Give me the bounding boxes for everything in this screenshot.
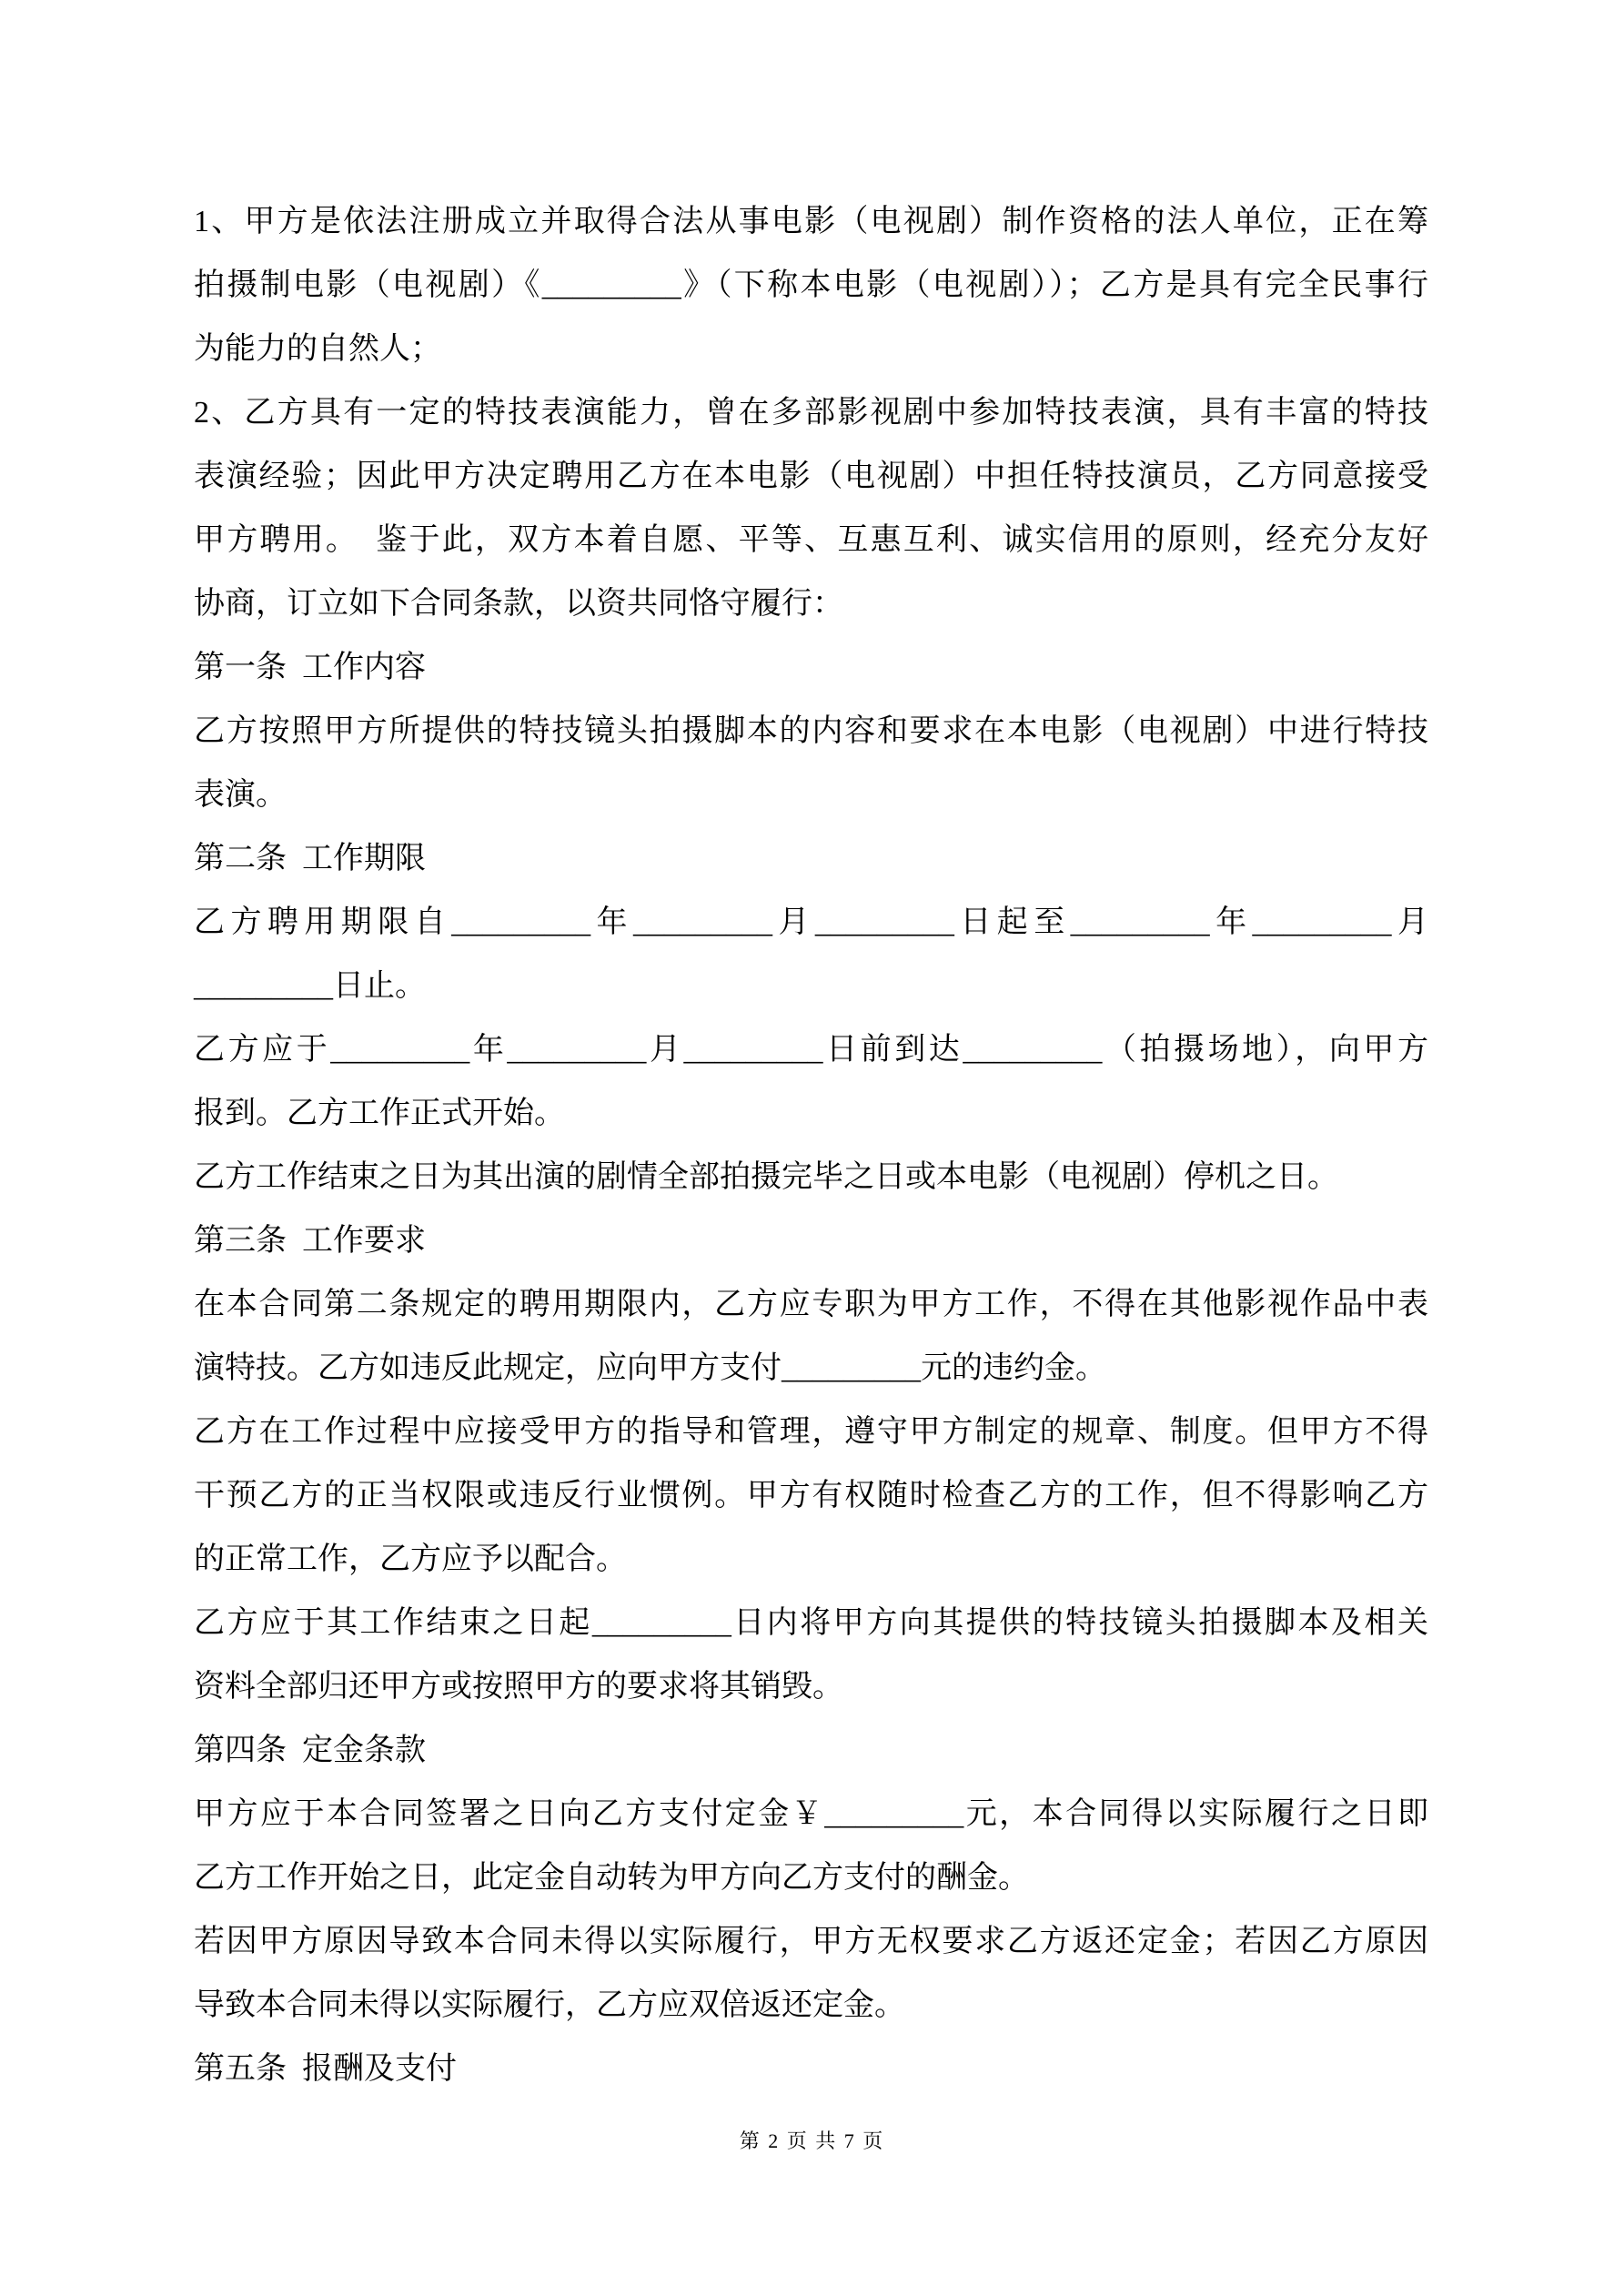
section-heading: 第三条 工作要求 [194,1209,1428,1273]
section-heading: 第一条 工作内容 [194,636,1428,700]
text-line: 为能力的自然人； [194,318,1428,381]
text-line: 在本合同第二条规定的聘用期限内，乙方应专职为甲方工作，不得在其他影视作品中表 [194,1273,1428,1337]
text-line: 甲方应于本合同签署之日向乙方支付定金￥_________元，本合同得以实际履行之… [194,1783,1428,1846]
text-line: 2、乙方具有一定的特技表演能力，曾在多部影视剧中参加特技表演，具有丰富的特技 [194,381,1428,445]
contract-page: 1、甲方是依法注册成立并取得合法从事电影（电视剧）制作资格的法人单位，正在筹拍摄… [0,0,1624,2296]
text-line: 乙方聘用期限自_________年_________月_________日起至_… [194,891,1428,955]
text-line: 乙方工作结束之日为其出演的剧情全部拍摄完毕之日或本电影（电视剧）停机之日。 [194,1146,1428,1209]
text-line: 乙方在工作过程中应接受甲方的指导和管理，遵守甲方制定的规章、制度。但甲方不得 [194,1401,1428,1464]
section-heading: 第二条 工作期限 [194,827,1428,891]
section-heading: 第四条 定金条款 [194,1719,1428,1783]
text-line: 干预乙方的正当权限或违反行业惯例。甲方有权随时检查乙方的工作，但不得影响乙方 [194,1464,1428,1528]
text-line: 演特技。乙方如违反此规定，应向甲方支付_________元的违约金。 [194,1337,1428,1401]
text-line: 的正常工作，乙方应予以配合。 [194,1528,1428,1592]
text-line: 乙方工作开始之日，此定金自动转为甲方向乙方支付的酬金。 [194,1846,1428,1910]
text-line: 若因甲方原因导致本合同未得以实际履行，甲方无权要求乙方返还定金；若因乙方原因 [194,1910,1428,1974]
text-line: 报到。乙方工作正式开始。 [194,1082,1428,1146]
section-heading: 第五条 报酬及支付 [194,2038,1428,2101]
text-line: 1、甲方是依法注册成立并取得合法从事电影（电视剧）制作资格的法人单位，正在筹 [194,190,1428,254]
text-line: 乙方应于其工作结束之日起_________日内将甲方向其提供的特技镜头拍摄脚本及… [194,1592,1428,1655]
text-line: 拍摄制电影（电视剧）《_________》（下称本电影（电视剧））；乙方是具有完… [194,254,1428,318]
text-line: _________日止。 [194,955,1428,1018]
document-body: 1、甲方是依法注册成立并取得合法从事电影（电视剧）制作资格的法人单位，正在筹拍摄… [194,190,1428,2101]
text-line: 导致本合同未得以实际履行，乙方应双倍返还定金。 [194,1974,1428,2038]
text-line: 协商，订立如下合同条款，以资共同恪守履行： [194,572,1428,636]
text-line: 甲方聘用。 鉴于此，双方本着自愿、平等、互惠互利、诚实信用的原则，经充分友好 [194,509,1428,572]
text-line: 表演经验；因此甲方决定聘用乙方在本电影（电视剧）中担任特技演员，乙方同意接受 [194,445,1428,509]
text-line: 乙方应于_________年_________月_________日前到达___… [194,1018,1428,1082]
text-line: 表演。 [194,764,1428,827]
page-footer: 第 2 页 共 7 页 [0,2126,1624,2154]
text-line: 乙方按照甲方所提供的特技镜头拍摄脚本的内容和要求在本电影（电视剧）中进行特技 [194,700,1428,764]
text-line: 资料全部归还甲方或按照甲方的要求将其销毁。 [194,1655,1428,1719]
